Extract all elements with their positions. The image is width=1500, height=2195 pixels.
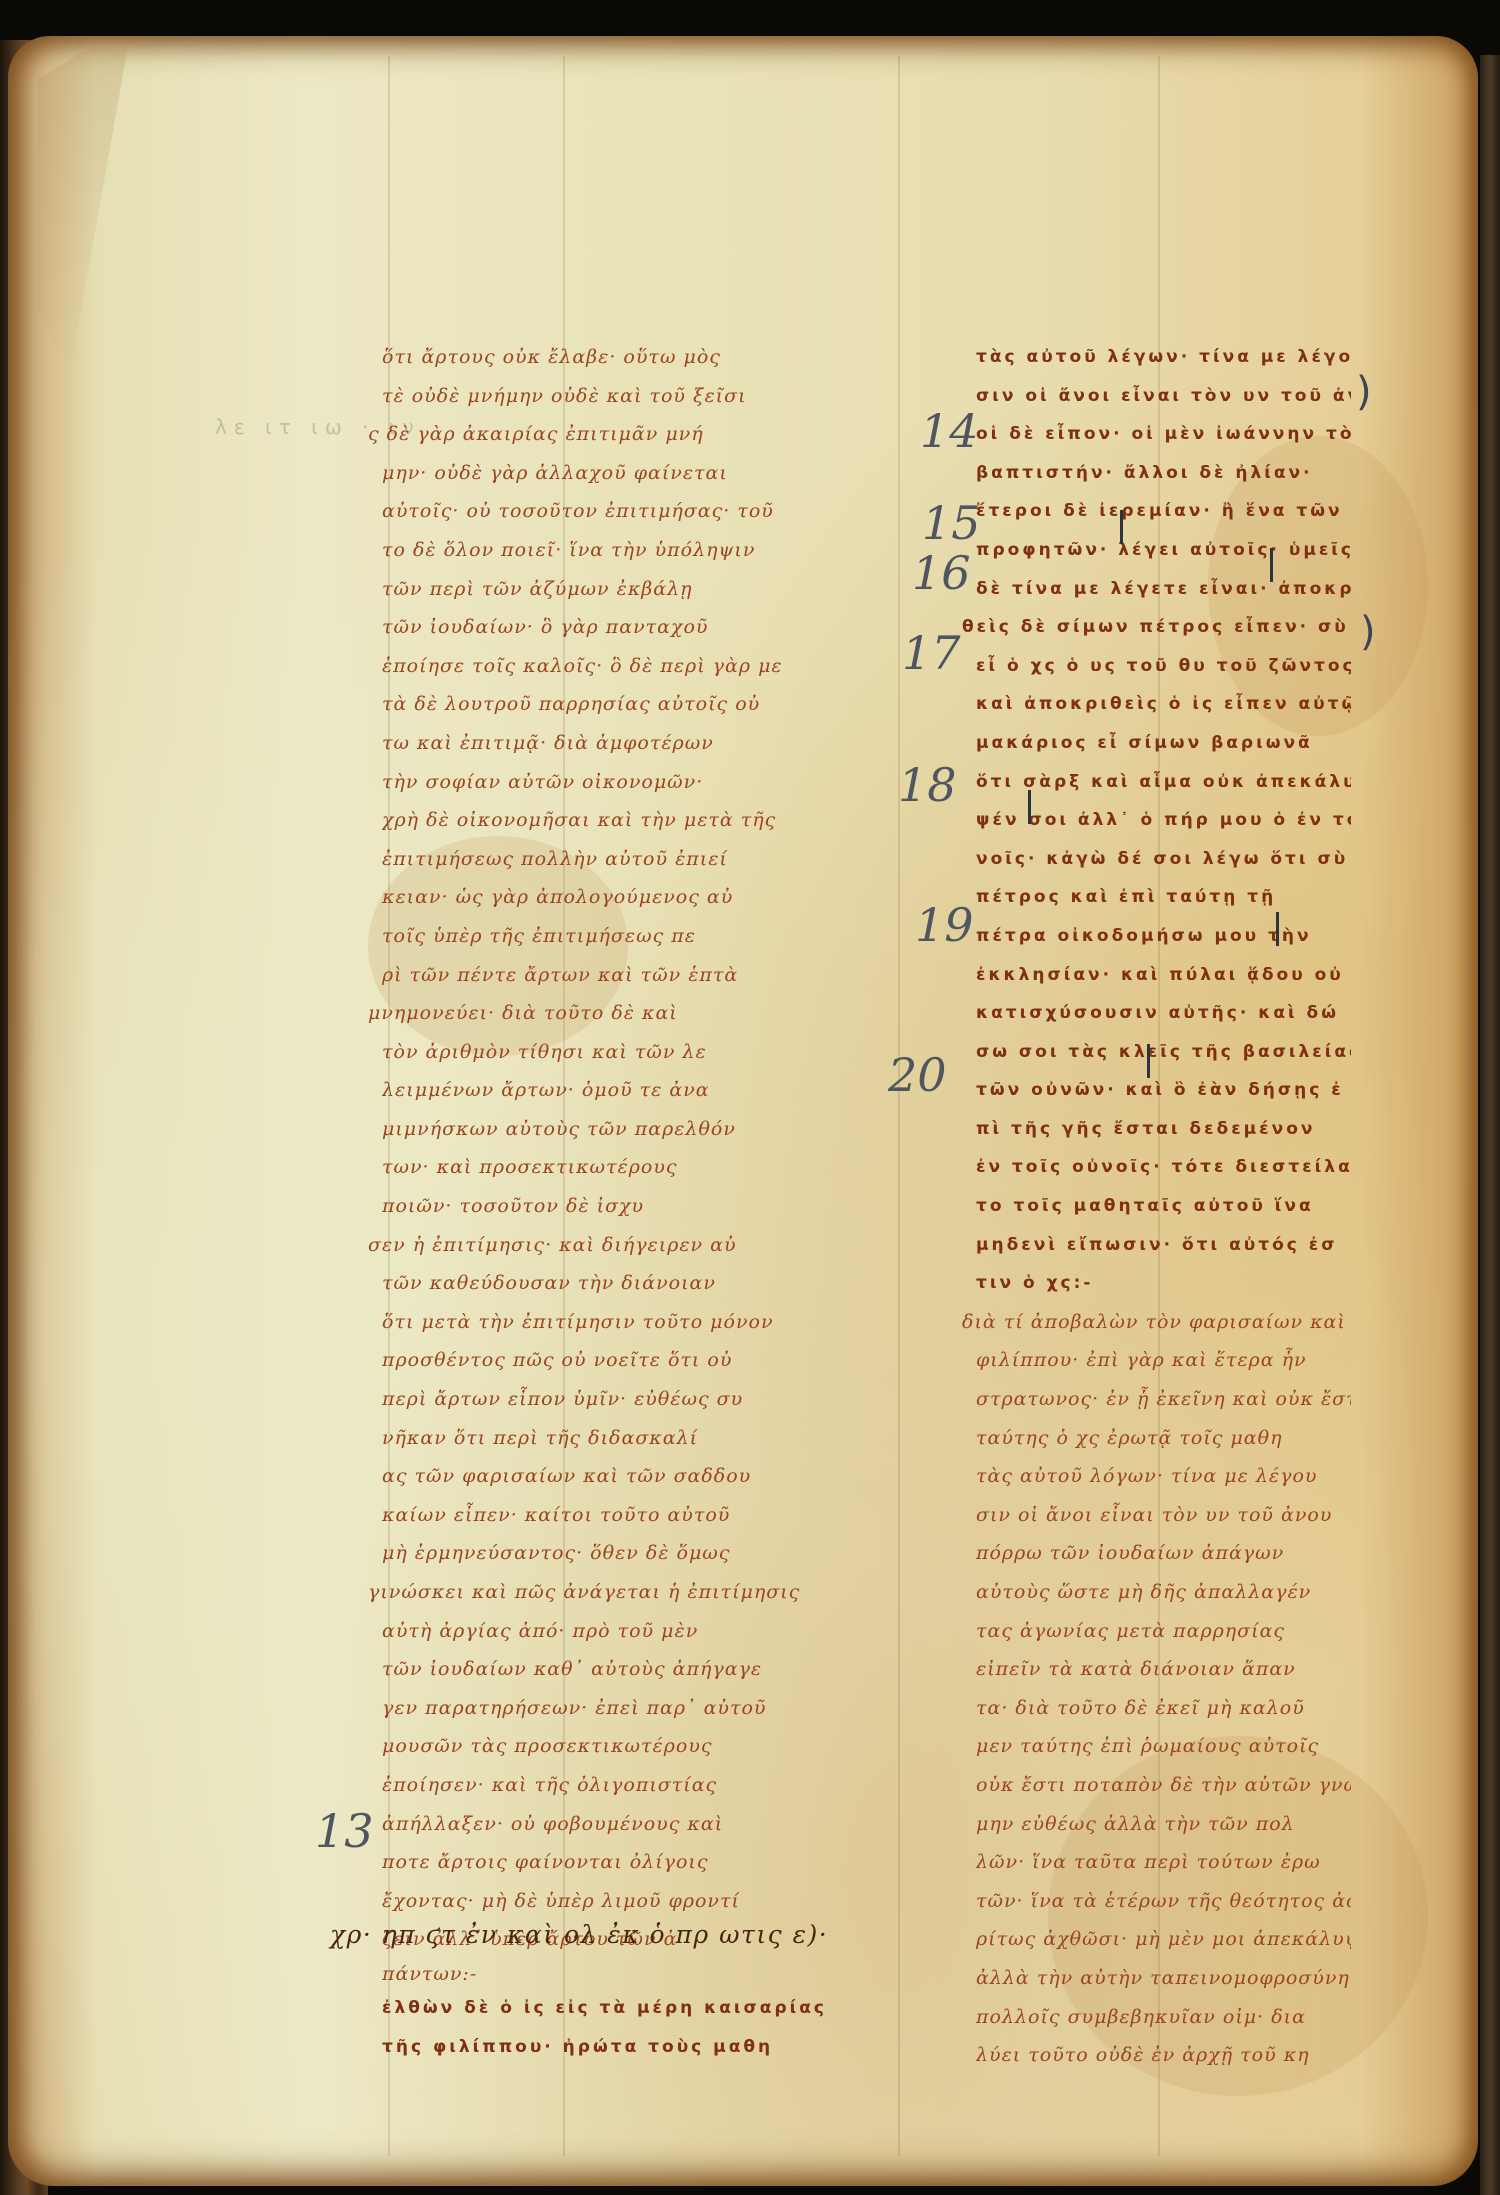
gospel-line: τιν ὁ χς:- bbox=[976, 1264, 1351, 1303]
gospel-line: θεὶς δὲ σίμων πέτρος εἶπεν· σὺ bbox=[962, 608, 1351, 647]
commentary-line: μιμνήσκων αὐτοὺς τῶν παρελθόν bbox=[382, 1110, 827, 1149]
commentary-line: τὲ οὐδὲ μνήμην οὐδὲ καὶ τοῦ ξεῖσι bbox=[382, 377, 827, 416]
commentary-line: ἀπήλλαξεν· οὐ φοβουμένους καὶ bbox=[382, 1805, 827, 1844]
gospel-line: ἐκκλησίαν· καὶ πύλαι ᾅδου οὐ bbox=[976, 956, 1351, 995]
section-divider-mark bbox=[1147, 1044, 1150, 1078]
verse-number-18: 18 bbox=[898, 762, 957, 808]
gospel-line: σω σοι τὰς κλεῖς τῆς βασιλείας bbox=[976, 1033, 1351, 1072]
gospel-line: σιν οἱ ἄνοι εἶναι τὸν υν τοῦ ἀνου bbox=[976, 377, 1351, 416]
gospel-line: πέτρα οἰκοδομήσω μου τὴν bbox=[976, 917, 1351, 956]
commentary-line: τας ἀγωνίας μετὰ παρρησίας bbox=[976, 1612, 1351, 1651]
commentary-line: εἰπεῖν τὰ κατὰ διάνοιαν ἅπαν bbox=[976, 1650, 1351, 1689]
gospel-line: τῶν οὐνῶν· καὶ ὃ ἐὰν δήσῃς ἐ bbox=[976, 1071, 1351, 1110]
verse-number-19: 19 bbox=[915, 902, 974, 948]
commentary-line: ας τῶν φαρισαίων καὶ τῶν σαδδου bbox=[382, 1457, 827, 1496]
section-divider-mark bbox=[1028, 790, 1031, 824]
commentary-line: σιν οἱ ἄνοι εἶναι τὸν υν τοῦ ἀνου bbox=[976, 1496, 1351, 1535]
gospel-line: ψέν σοι ἀλλ᾽ ὁ πήρ μου ὁ ἐν τοῖς οὐ bbox=[976, 801, 1351, 840]
gospel-line: προφητῶν· λέγει αὐτοῖς· ὑμεῖς bbox=[976, 531, 1351, 570]
gospel-line: ἐλθὼν δὲ ὁ ἰς εἰς τὰ μέρη καισαρίας bbox=[382, 1989, 827, 2028]
commentary-line: πολλοῖς συμβεβηκυῖαν οἰμ· δια bbox=[976, 1998, 1351, 2037]
verse-number-15: 15 bbox=[922, 500, 981, 546]
commentary-line: ἀλλὰ τὴν αὐτὴν ταπεινομοφροσύνην τοῖς bbox=[976, 1959, 1351, 1998]
commentary-line: των· καὶ προσεκτικωτέρους bbox=[382, 1148, 827, 1187]
commentary-line: ρὶ τῶν πέντε ἄρτων καὶ τῶν ἑπτὰ bbox=[382, 956, 827, 995]
commentary-line: στρατωνος· ἐν ᾗ ἐκεῖνη καὶ οὐκ ἔστι bbox=[976, 1380, 1351, 1419]
commentary-line: τῶν καθεύδουσαν τὴν διάνοιαν bbox=[382, 1264, 827, 1303]
commentary-line: καίων εἶπεν· καίτοι τοῦτο αὐτοῦ bbox=[382, 1496, 827, 1535]
section-divider-mark bbox=[1120, 510, 1123, 544]
commentary-line: μὴ ἑρμηνεύσαντος· ὅθεν δὲ ὅμως bbox=[382, 1534, 827, 1573]
left-column: ὅτι ἄρτους οὐκ ἔλαβε· οὕτω μὸς τὲ οὐδὲ μ… bbox=[382, 338, 827, 2066]
gospel-line: πὶ τῆς γῆς ἔσται δεδεμένον bbox=[976, 1110, 1351, 1149]
verse-number-16: 16 bbox=[912, 550, 971, 596]
commentary-line: σεν ἡ ἐπιτίμησις· καὶ διήγειρεν αὐ bbox=[368, 1226, 827, 1265]
commentary-line: ὅτι ἄρτους οὐκ ἔλαβε· οὕτω μὸς bbox=[382, 338, 827, 377]
bracket-mark: ) bbox=[1360, 612, 1376, 652]
commentary-line: φιλίππου· ἐπὶ γὰρ καὶ ἕτερα ἦν bbox=[976, 1341, 1351, 1380]
commentary-line: τῶν· ἵνα τὰ ἑτέρων τῆς θεότητος ἀσυγκ bbox=[976, 1882, 1351, 1921]
commentary-line: αὐτοὺς ὥστε μὴ δῆς ἀπαλλαγέν bbox=[976, 1573, 1351, 1612]
verse-number-13: 13 bbox=[315, 1808, 374, 1854]
commentary-line: ἐπιτιμήσεως πολλὴν αὐτοῦ ἐπιεί bbox=[382, 840, 827, 879]
commentary-line: ποτε ἄρτοις φαίνονται ὀλίγοις bbox=[382, 1843, 827, 1882]
section-divider-mark bbox=[1270, 548, 1273, 582]
gospel-line: ἕτεροι δὲ ἰερεμίαν· ἢ ἕνα τῶν bbox=[976, 492, 1351, 531]
commentary-line: ς δὲ γὰρ ἀκαιρίας ἐπιτιμᾶν μνή bbox=[368, 415, 827, 454]
commentary-line: προσθέντος πῶς οὐ νοεῖτε ὅτι οὐ bbox=[382, 1341, 827, 1380]
commentary-line: λῶν· ἵνα ταῦτα περὶ τούτων ἐρω bbox=[976, 1843, 1351, 1882]
commentary-line: μην· οὐδὲ γὰρ ἀλλαχοῦ φαίνεται bbox=[382, 454, 827, 493]
gospel-line: ἐν τοῖς οὐνοῖς· τότε διεστείλα bbox=[976, 1148, 1351, 1187]
commentary-line: τῶν ἰουδαίων καθ᾽ αὐτοὺς ἀπήγαγε bbox=[382, 1650, 827, 1689]
manuscript-scan: λε ιτ ιω · ιν · ὅτι ἄρτους οὐκ ἔλαβε· οὕ… bbox=[0, 0, 1500, 2195]
commentary-line: τω καὶ ἐπιτιμᾷ· διὰ ἀμφοτέρων bbox=[382, 724, 827, 763]
commentary-line: αὐτὴ ἀργίας ἀπό· πρὸ τοῦ μὲν bbox=[382, 1612, 827, 1651]
commentary-line: οὐκ ἔστι ποταπὸν δὲ τὴν αὐτῶν γνώ bbox=[976, 1766, 1351, 1805]
commentary-line: αὐτοῖς· οὐ τοσοῦτον ἐπιτιμήσας· τοῦ bbox=[382, 492, 827, 531]
right-column: τὰς αὐτοῦ λέγων· τίνα με λέγου σιν οἱ ἄν… bbox=[976, 338, 1351, 2075]
gospel-line: κατισχύσουσιν αὐτῆς· καὶ δώ bbox=[976, 994, 1351, 1033]
commentary-line: τῶν περὶ τῶν ἀζύμων ἐκβάλῃ bbox=[382, 570, 827, 609]
gospel-line: εἶ ὁ χς ὁ υς τοῦ θυ τοῦ ζῶντος· bbox=[976, 647, 1351, 686]
commentary-line: διὰ τί ἀποβαλὼν τὸν φαρισαίων καὶ σαρισα… bbox=[962, 1303, 1351, 1342]
ruling-line bbox=[898, 56, 900, 2156]
commentary-line: μεν ταύτης ἐπὶ ῥωμαίους αὐτοῖς bbox=[976, 1727, 1351, 1766]
gospel-line: μακάριος εἶ σίμων βαριωνᾶ bbox=[976, 724, 1351, 763]
commentary-line: μην εὐθέως ἀλλὰ τὴν τῶν πολ bbox=[976, 1805, 1351, 1844]
gospel-line: βαπτιστήν· ἄλλοι δὲ ἠλίαν· bbox=[976, 454, 1351, 493]
commentary-line: νῆκαν ὅτι περὶ τῆς διδασκαλί bbox=[382, 1419, 827, 1458]
gospel-line: τῆς φιλίππου· ἠρώτα τοὺς μαθη bbox=[382, 2028, 827, 2067]
commentary-line: πόρρω τῶν ἰουδαίων ἀπάγων bbox=[976, 1534, 1351, 1573]
commentary-line: τῶν ἰουδαίων· ὃ γὰρ πανταχοῦ bbox=[382, 608, 827, 647]
gospel-line: μηδενὶ εἴπωσιν· ὅτι αὐτός ἐσ bbox=[976, 1226, 1351, 1265]
commentary-line: μνημονεύει· διὰ τοῦτο δὲ καὶ bbox=[368, 994, 827, 1033]
gospel-line: καὶ ἀποκριθεὶς ὁ ἰς εἶπεν αὐτῷ bbox=[976, 685, 1351, 724]
commentary-line: γινώσκει καὶ πῶς ἀνάγεται ἡ ἐπιτίμησις bbox=[368, 1573, 827, 1612]
commentary-line: περὶ ἄρτων εἶπον ὑμῖν· εὐθέως συ bbox=[382, 1380, 827, 1419]
commentary-line: τὰς αὐτοῦ λόγων· τίνα με λέγου bbox=[976, 1457, 1351, 1496]
gospel-line: ὅτι σὰρξ καὶ αἷμα οὐκ ἀπεκάλυ bbox=[976, 763, 1351, 802]
gospel-line: δὲ τίνα με λέγετε εἶναι· ἀποκρι bbox=[976, 570, 1351, 609]
section-divider-mark bbox=[1276, 912, 1279, 946]
commentary-line: λειμμένων ἄρτων· ὁμοῦ τε ἀνα bbox=[382, 1071, 827, 1110]
commentary-line: χρὴ δὲ οἰκονομῆσαι καὶ τὴν μετὰ τῆς bbox=[382, 801, 827, 840]
next-leaf-edge bbox=[1480, 55, 1500, 2195]
gospel-line: νοῖς· κἀγὼ δέ σοι λέγω ὅτι σὺ εἶ bbox=[976, 840, 1351, 879]
gospel-line: οἱ δὲ εἶπον· οἱ μὲν ἰωάννην τὸν bbox=[976, 415, 1351, 454]
commentary-line: κειαν· ὡς γὰρ ἀπολογούμενος αὐ bbox=[382, 878, 827, 917]
commentary-line: ἐποίησε τοῖς καλοῖς· ὃ δὲ περὶ γὰρ με bbox=[382, 647, 827, 686]
commentary-line: τὸν ἀριθμὸν τίθησι καὶ τῶν λε bbox=[382, 1033, 827, 1072]
commentary-line: τὴν σοφίαν αὐτῶν οἰκονομῶν· bbox=[382, 763, 827, 802]
commentary-line: το δὲ ὅλον ποιεῖ· ἵνα τὴν ὑπόληψιν bbox=[382, 531, 827, 570]
commentary-line: μουσῶν τὰς προσεκτικωτέρους bbox=[382, 1727, 827, 1766]
gospel-line: πέτρος καὶ ἐπὶ ταύτῃ τῇ bbox=[976, 878, 1351, 917]
commentary-line: ταύτης ὁ χς ἐρωτᾷ τοῖς μαθη bbox=[976, 1419, 1351, 1458]
commentary-line: ἔχοντας· μὴ δὲ ὑπὲρ λιμοῦ φροντί bbox=[382, 1882, 827, 1921]
commentary-line: λύει τοῦτο οὐδὲ ἐν ἀρχῇ τοῦ κη bbox=[976, 2036, 1351, 2075]
commentary-line: ρίτως ἀχθῶσι· μὴ μὲν μοι ἀπεκάλυψε μὴ bbox=[976, 1920, 1351, 1959]
verse-number-17: 17 bbox=[902, 630, 961, 676]
gospel-line: τὰς αὐτοῦ λέγων· τίνα με λέγου bbox=[976, 338, 1351, 377]
commentary-line: γεν παρατηρήσεων· ἐπεὶ παρ᾽ αὐτοῦ bbox=[382, 1689, 827, 1728]
commentary-line: τα· διὰ τοῦτο δὲ ἐκεῖ μὴ καλοῦ bbox=[976, 1689, 1351, 1728]
commentary-line: τοῖς ὑπὲρ τῆς ἐπιτιμήσεως πε bbox=[382, 917, 827, 956]
commentary-line: τὰ δὲ λουτροῦ παρρησίας αὐτοῖς οὐ bbox=[382, 685, 827, 724]
verse-number-14: 14 bbox=[920, 408, 979, 454]
commentary-line: ποιῶν· τοσοῦτον δὲ ἰσχυ bbox=[382, 1187, 827, 1226]
verse-number-20: 20 bbox=[888, 1052, 947, 1098]
bracket-mark: ) bbox=[1356, 372, 1372, 412]
gospel-line: το τοῖς μαθηταῖς αὐτοῦ ἵνα bbox=[976, 1187, 1351, 1226]
commentary-line: ὅτι μετὰ τὴν ἐπιτίμησιν τοῦτο μόνον bbox=[382, 1303, 827, 1342]
commentary-line: ἐποίησεν· καὶ τῆς ὀλιγοπιστίας bbox=[382, 1766, 827, 1805]
commentary-line: πάντων:- bbox=[382, 1959, 827, 1989]
bottom-margin-note: χρ· ηπ ϛτ ἐν καὶ ολ ἐκ ὁ πρ ωτις ε)· bbox=[330, 1920, 828, 1949]
